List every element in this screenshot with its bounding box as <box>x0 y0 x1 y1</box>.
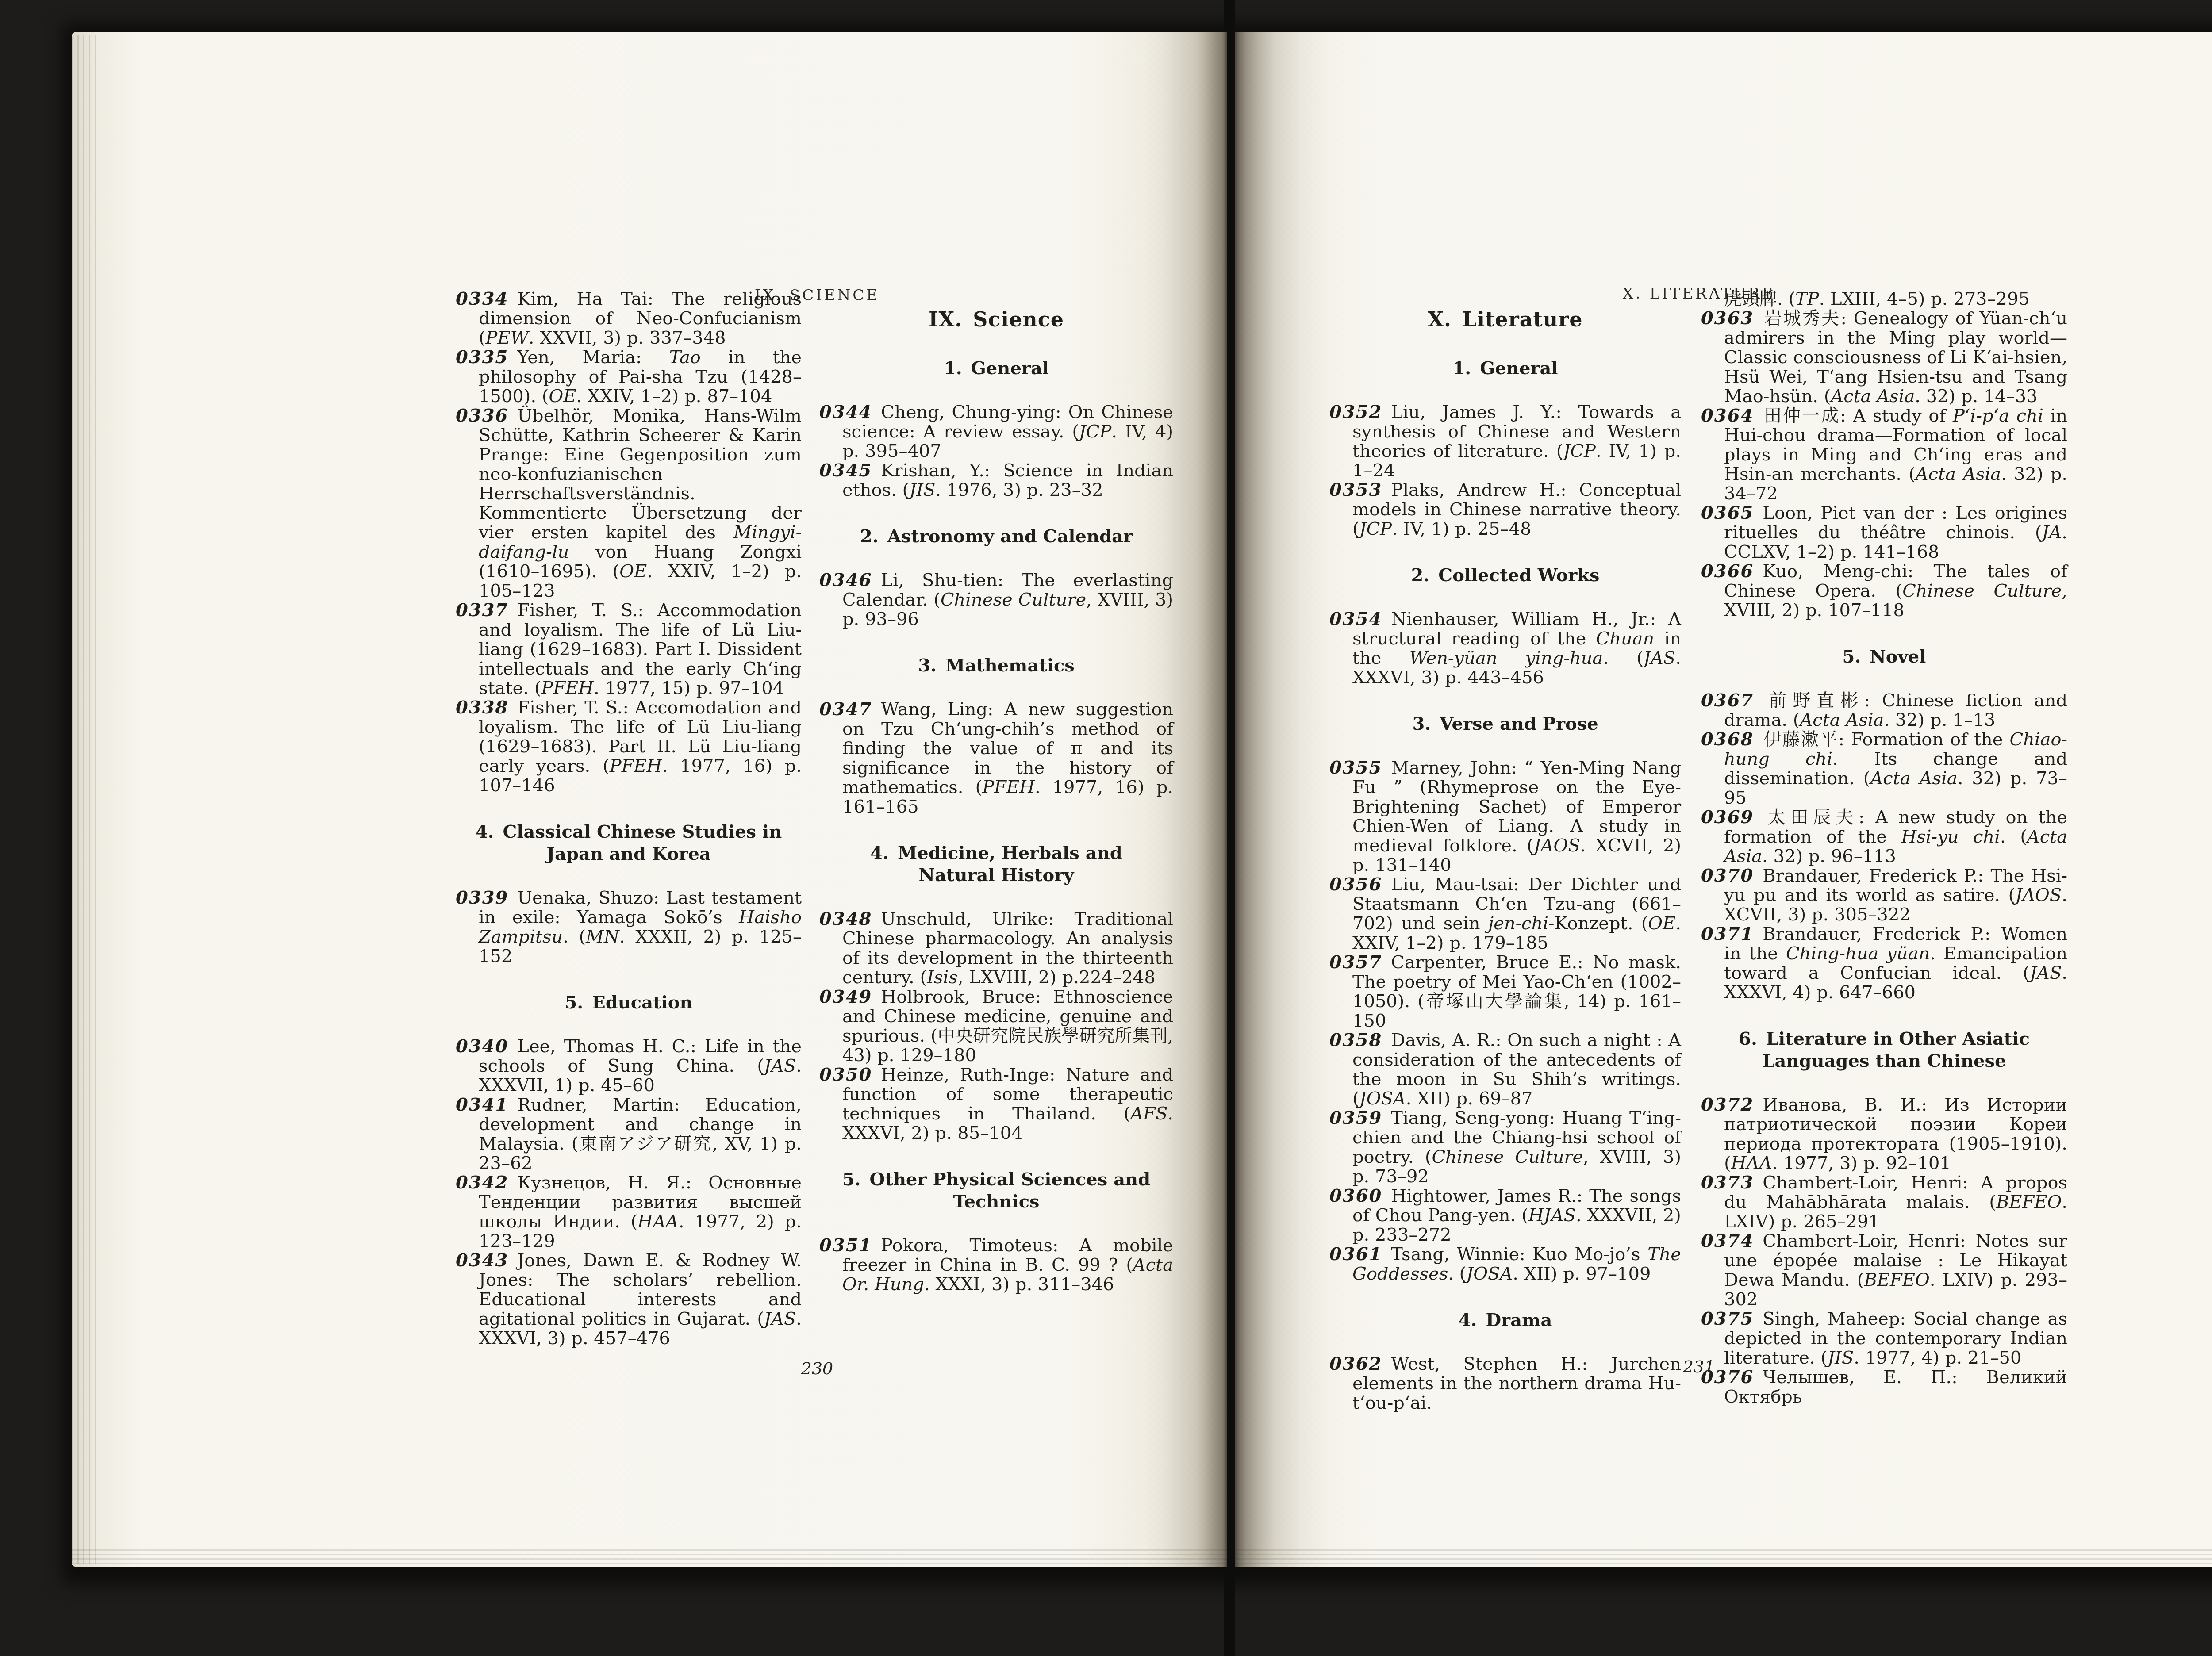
chapter-heading: X. Literature <box>1329 307 1681 332</box>
entry-0345: 0345Krishan, Y.: Science in Indian ethos… <box>819 461 1173 500</box>
entry-number: 0351 <box>819 1235 872 1256</box>
entry-number: 0370 <box>1701 865 1754 886</box>
entry-0338: 0338Fisher, T. S.: Accomodation and loya… <box>456 698 802 795</box>
entry-number: 0375 <box>1701 1308 1754 1329</box>
section-heading: 6. Literature in Other Asiatic Languages… <box>1719 1028 2050 1072</box>
entry-number: 0341 <box>456 1094 508 1115</box>
left-page-column-1: 0334Kim, Ha Tai: The religious dimension… <box>456 289 802 1348</box>
entry-number: 0360 <box>1329 1185 1382 1206</box>
section-heading: 5. Education <box>473 992 784 1014</box>
section-heading: 3. Mathematics <box>837 655 1156 677</box>
entry-0337: 0337Fisher, T. S.: Accommodation and loy… <box>456 601 802 698</box>
entry-0343: 0343Jones, Dawn E. & Rodney W. Jones: Th… <box>456 1251 802 1348</box>
book-photo: IX. SCIENCE 0334Kim, Ha Tai: The religio… <box>0 0 2212 1656</box>
entry-0363: 0363岩城秀夫: Genealogy of Yüan-ch‘u admirer… <box>1701 309 2067 406</box>
entry-0336: 0336Übelhör, Monika, Hans-Wilm Schütte, … <box>456 406 802 601</box>
entry-0340: 0340Lee, Thomas H. C.: Life in the schoo… <box>456 1037 802 1095</box>
entry-0348: 0348Unschuld, Ulrike: Traditional Chines… <box>819 909 1173 987</box>
chapter-heading: IX. Science <box>819 307 1173 332</box>
entry-number: 0338 <box>456 697 508 718</box>
entry-number: 0349 <box>819 986 872 1007</box>
section-heading: 1. General <box>1347 357 1663 379</box>
entry-number: 0344 <box>819 402 872 422</box>
section-heading: 4. Medicine, Herbals and Natural History <box>837 842 1156 886</box>
entry-0368: 0368伊藤漱平: Formation of the Chiao-hung ch… <box>1701 730 2067 808</box>
entry-number: 0343 <box>456 1250 508 1271</box>
entry-0347: 0347Wang, Ling: A new suggestion on Tzu … <box>819 700 1173 816</box>
entry-0374: 0374Chambert-Loir, Henri: Notes sur une … <box>1701 1231 2067 1309</box>
section-heading: 1. General <box>837 357 1156 379</box>
entry-number: 0363 <box>1701 308 1754 329</box>
left-page-edge-stack <box>72 34 97 1564</box>
entry-0351: 0351Pokora, Timoteus: A mobile freezer i… <box>819 1236 1173 1294</box>
page-number-left: 230 <box>457 1359 1178 1378</box>
entry-number: 0348 <box>819 908 872 929</box>
entry-number: 0368 <box>1701 729 1754 750</box>
entry-number: 0334 <box>456 288 508 309</box>
left-page-bottom-edges <box>72 1546 1227 1567</box>
entry-number: 0372 <box>1701 1094 1754 1115</box>
entry-0369: 0369太田辰夫: A new study on the formation o… <box>1701 808 2067 866</box>
entry-0371: 0371Brandauer, Frederick P.: Women in th… <box>1701 924 2067 1002</box>
left-page-column-2: IX. Science1. General0344Cheng, Chung-yi… <box>819 289 1173 1294</box>
entry-0370: 0370Brandauer, Frederick P.: The Hsi-yu … <box>1701 866 2067 924</box>
entry-0360: 0360Hightower, James R.: The songs of Ch… <box>1329 1186 1681 1245</box>
section-heading: 5. Novel <box>1719 646 2050 668</box>
entry-number: 0352 <box>1329 402 1382 422</box>
entry-continuation: 虎頭牌. (TP. LXIII, 4–5) p. 273–295 <box>1701 289 2067 309</box>
section-heading: 3. Verse and Prose <box>1347 713 1663 735</box>
entry-0364: 0364田仲一成: A study of P‘i-p‘a chi in Hui-… <box>1701 406 2067 503</box>
right-page: X. LITERATURE X. Literature1. General035… <box>1235 32 2212 1567</box>
entry-0352: 0352Liu, James J. Y.: Towards a synthesi… <box>1329 402 1681 480</box>
entry-number: 0340 <box>456 1036 508 1057</box>
entry-number: 0364 <box>1701 405 1754 426</box>
left-gutter-shadow <box>1143 32 1227 1567</box>
entry-number: 0373 <box>1701 1172 1754 1193</box>
entry-number: 0355 <box>1329 757 1382 778</box>
entry-number: 0345 <box>819 460 872 481</box>
entry-0350: 0350Heinze, Ruth-Inge: Nature and functi… <box>819 1065 1173 1143</box>
entry-0349: 0349Holbrook, Bruce: Ethnoscience and Ch… <box>819 987 1173 1065</box>
entry-0342: 0342Кузнецов, Н. Я.: Основные Тенденции … <box>456 1173 802 1251</box>
section-heading: 2. Collected Works <box>1347 564 1663 586</box>
entry-number: 0367 <box>1701 690 1754 711</box>
entry-number: 0359 <box>1329 1108 1382 1128</box>
entry-0334: 0334Kim, Ha Tai: The religious dimension… <box>456 289 802 348</box>
entry-number: 0339 <box>456 887 508 908</box>
entry-number: 0361 <box>1329 1244 1382 1265</box>
section-heading: 4. Classical Chinese Studies in Japan an… <box>473 821 784 865</box>
right-page-bottom-edges <box>1235 1546 2212 1567</box>
entry-number: 0337 <box>456 600 508 621</box>
right-page-column-2: 虎頭牌. (TP. LXIII, 4–5) p. 273–2950363岩城秀夫… <box>1701 289 2067 1407</box>
entry-0356: 0356Liu, Mau-tsai: Der Dichter und Staat… <box>1329 875 1681 953</box>
entry-0358: 0358Davis, A. R.: On such a night : A co… <box>1329 1031 1681 1108</box>
entry-0366: 0366Kuo, Meng-chi: The tales of Chinese … <box>1701 562 2067 620</box>
left-page: IX. SCIENCE 0334Kim, Ha Tai: The religio… <box>72 32 1227 1567</box>
entry-number: 0358 <box>1329 1030 1382 1050</box>
section-heading: 5. Other Physical Sciences and Technics <box>837 1169 1156 1213</box>
section-heading: 4. Drama <box>1347 1309 1663 1331</box>
entry-number: 0353 <box>1329 479 1382 500</box>
entry-number: 0369 <box>1701 807 1754 828</box>
entry-number: 0336 <box>456 405 508 426</box>
entry-0365: 0365Loon, Piet van der : Les origines ri… <box>1701 503 2067 562</box>
entry-number: 0350 <box>819 1064 872 1085</box>
entry-number: 0374 <box>1701 1230 1754 1251</box>
entry-number: 0342 <box>456 1172 508 1193</box>
entry-number: 0354 <box>1329 609 1382 629</box>
entry-number: 0371 <box>1701 924 1754 944</box>
entry-number: 0346 <box>819 570 872 590</box>
entry-number: 0347 <box>819 699 872 720</box>
entry-0346: 0346Li, Shu-tien: The everlasting Calend… <box>819 571 1173 629</box>
page-number-right: 231 <box>1332 1357 2066 1376</box>
entry-0344: 0344Cheng, Chung-ying: On Chinese scienc… <box>819 402 1173 461</box>
entry-number: 0335 <box>456 347 508 368</box>
section-heading: 2. Astronomy and Calendar <box>837 525 1156 548</box>
entry-0339: 0339Uenaka, Shuzo: Last testament in exi… <box>456 888 802 966</box>
entry-0372: 0372Иванова, В. И.: Из Истории патриотич… <box>1701 1095 2067 1173</box>
entry-number: 0356 <box>1329 874 1382 895</box>
entry-0335: 0335Yen, Maria: Tao in the philosophy of… <box>456 348 802 406</box>
entry-0361: 0361Tsang, Winnie: Kuo Mo-jo’s The Godde… <box>1329 1245 1681 1284</box>
entry-number: 0365 <box>1701 502 1754 523</box>
right-gutter-shadow <box>1235 32 1328 1567</box>
entry-0355: 0355Marney, John: “ Yen-Ming Nang Fu ” (… <box>1329 758 1681 875</box>
entry-0359: 0359Tiang, Seng-yong: Huang T‘ing-chien … <box>1329 1108 1681 1186</box>
entry-0353: 0353Plaks, Andrew H.: Conceptual models … <box>1329 480 1681 539</box>
entry-0341: 0341Rudner, Martin: Education, developme… <box>456 1095 802 1173</box>
entry-0367: 0367前野直彬: Chinese fiction and drama. (Ac… <box>1701 691 2067 730</box>
entry-0354: 0354Nienhauser, William H., Jr.: A struc… <box>1329 609 1681 687</box>
entry-0373: 0373Chambert-Loir, Henri: A propos du Ma… <box>1701 1173 2067 1231</box>
entry-number: 0366 <box>1701 561 1754 582</box>
entry-number: 0357 <box>1329 952 1382 973</box>
right-page-column-1: X. Literature1. General0352Liu, James J.… <box>1329 289 1681 1413</box>
entry-0357: 0357Carpenter, Bruce E.: No mask. The po… <box>1329 953 1681 1031</box>
